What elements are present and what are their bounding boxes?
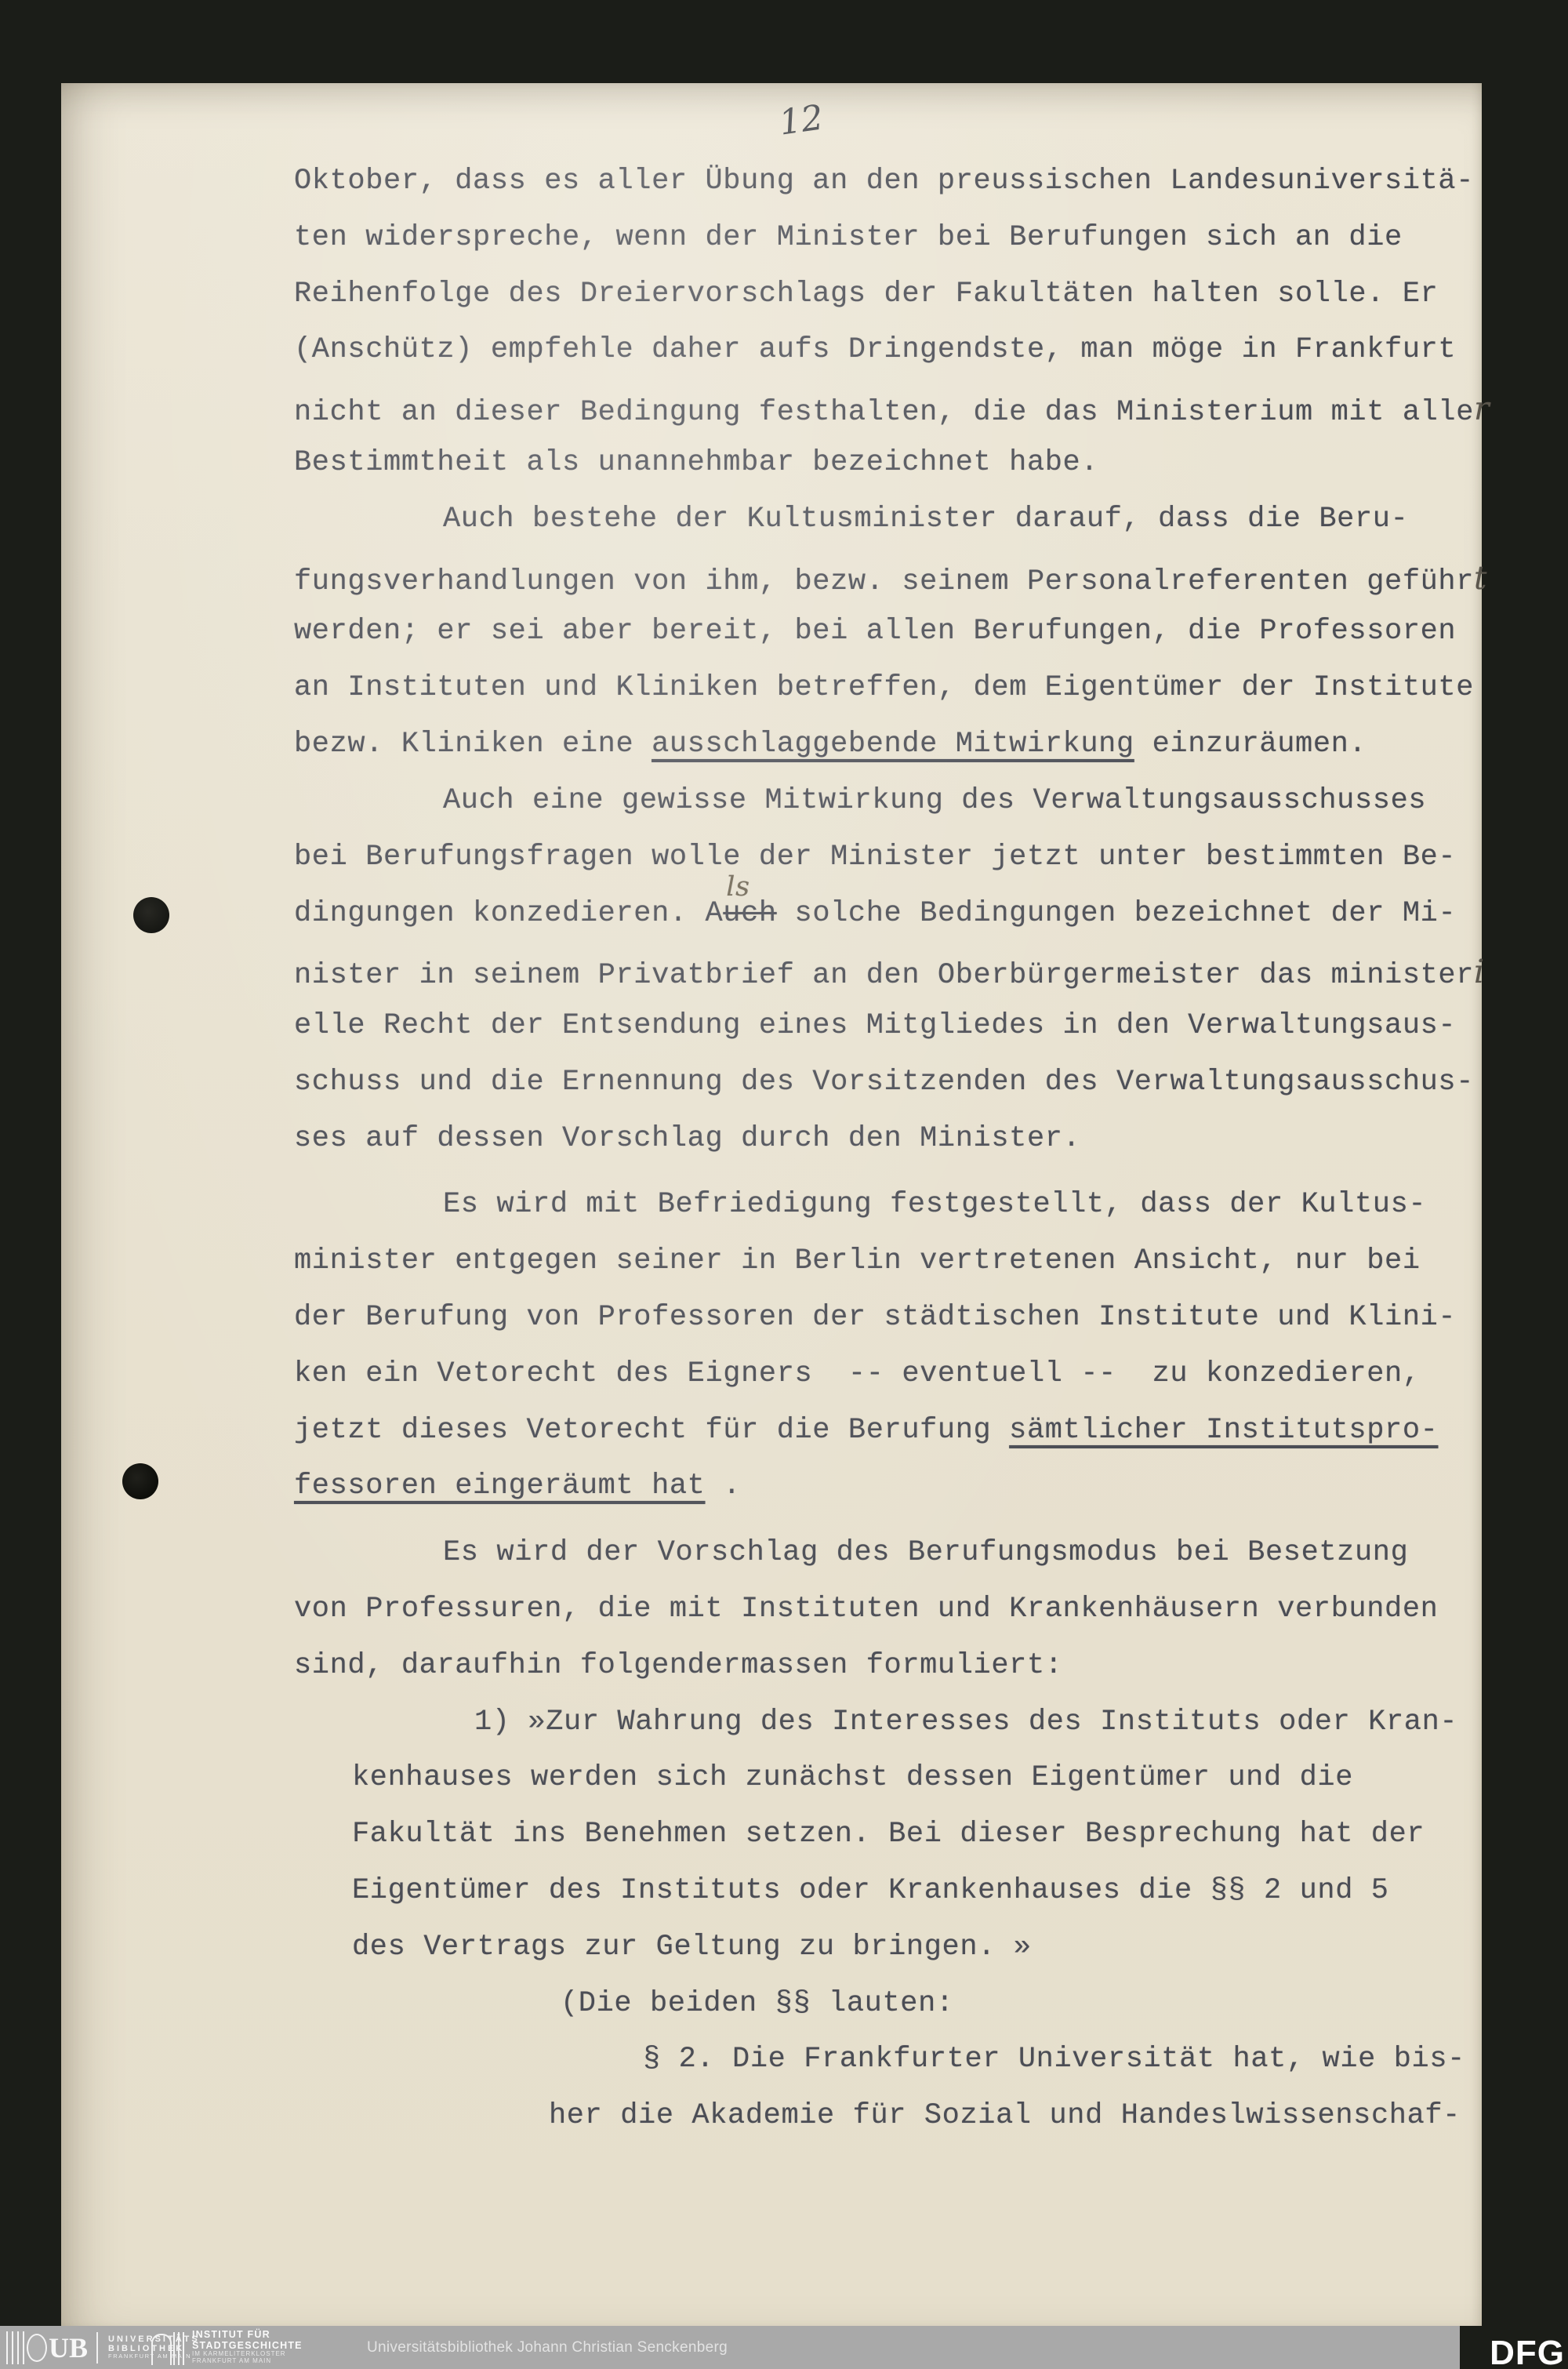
text-segment: . [705, 1470, 741, 1502]
typed-line: bezw. Kliniken eine ausschlaggebende Mit… [61, 728, 1482, 784]
arch-stripes [173, 2332, 186, 2365]
text-segment: ten widerspreche, wenn der Minister bei … [294, 221, 1403, 254]
typed-line: Bestimmtheit als unannehmbar bezeichnet … [61, 446, 1482, 503]
typed-line: kenhauses werden sich zunächst dessen Ei… [61, 1761, 1482, 1818]
typed-line: Auch eine gewisse Mitwirkung des Verwalt… [61, 784, 1482, 841]
typed-line: der Berufung von Professoren der städtis… [61, 1301, 1482, 1357]
typed-line: (Die beiden §§ lauten: [61, 1987, 1482, 2044]
typed-line: von Professuren, die mit Instituten und … [61, 1593, 1482, 1649]
typed-line: Fakultät ins Benehmen setzen. Bei dieser… [61, 1818, 1482, 1874]
typed-line: jetzt dieses Vetorecht für die Berufung … [61, 1414, 1482, 1470]
typed-line: ten widerspreche, wenn der Minister bei … [61, 221, 1482, 278]
dfg-logo: DFG [1460, 2326, 1568, 2369]
text-segment: dingungen konzedieren. A [294, 897, 723, 930]
text-segment: nister in seinem Privatbrief an den Ober… [294, 959, 1474, 992]
typed-line: des Vertrags zur Geltung zu bringen. » [61, 1931, 1482, 1987]
text-segment: elle Recht der Entsendung eines Mitglied… [294, 1009, 1456, 1042]
text-segment: bezw. Kliniken eine [294, 728, 652, 761]
typed-line: § 2. Die Frankfurter Universität hat, wi… [61, 2043, 1482, 2099]
text-segment: Reihenfolge des Dreiervorschlags der Fak… [294, 278, 1438, 311]
ifs-line-2: STADTGESCHICHTE [192, 2341, 303, 2352]
ub-abbr: UB [49, 2334, 88, 2362]
text-segment: Auch bestehe der Kultusminister darauf, … [443, 503, 1408, 536]
typed-line: Auch bestehe der Kultusminister darauf, … [61, 503, 1482, 559]
text-segment: Fakultät ins Benehmen setzen. Bei dieser… [352, 1818, 1425, 1851]
goethe-portrait-icon [27, 2334, 47, 2362]
library-credit: Universitätsbibliothek Johann Christian … [367, 2326, 728, 2369]
page-number: 12 [777, 97, 826, 143]
typed-line: ken ein Vetorecht des Eigners -- eventue… [61, 1357, 1482, 1414]
text-segment: solche Bedingungen bezeichnet der Mi- [777, 897, 1457, 930]
text-segment: werden; er sei aber bereit, bei allen Be… [294, 615, 1456, 648]
typed-line: sind, daraufhin folgendermassen formulie… [61, 1649, 1482, 1706]
arch-outline [151, 2334, 172, 2365]
typed-line: 1) »Zur Wahrung des Interesses des Insti… [61, 1706, 1482, 1762]
footer-bar: UB UNIVERSITÄTS BIBLIOTHEK FRANKFURT AM … [0, 2326, 1460, 2369]
text-segment: ses auf dessen Vorschlag durch den Minis… [294, 1122, 1080, 1155]
ifs-logo-text: INSTITUT FÜR STADTGESCHICHTE IM KARMELIT… [192, 2330, 303, 2364]
text-segment: jetzt dieses Vetorecht für die Berufung [294, 1414, 1009, 1447]
ifs-line-4: FRANKFURT AM MAIN [192, 2358, 303, 2365]
punch-hole [122, 1463, 158, 1499]
typed-line: Es wird der Vorschlag des Berufungsmodus… [61, 1536, 1482, 1593]
typed-lines: Oktober, dass es aller Übung an den preu… [61, 165, 1482, 2156]
scanned-page: 12 Oktober, dass es aller Übung an den p… [61, 83, 1482, 2326]
text-segment: der Berufung von Professoren der städtis… [294, 1301, 1456, 1334]
text-segment: Es wird mit Befriedigung festgestellt, d… [443, 1188, 1426, 1221]
typed-line: schuss und die Ernennung des Vorsitzende… [61, 1066, 1482, 1122]
credit-text: Universitätsbibliothek Johann Christian … [367, 2339, 728, 2356]
typed-line: werden; er sei aber bereit, bei allen Be… [61, 615, 1482, 671]
divider [96, 2332, 98, 2364]
typed-line: nister in seinem Privatbrief an den Ober… [61, 953, 1482, 1009]
scan-background: { "page": { "number": "12", "background_… [0, 0, 1568, 2369]
typed-line: dingungen konzedieren. Alsuch solche Bed… [61, 896, 1482, 953]
typed-line: Reihenfolge des Dreiervorschlags der Fak… [61, 278, 1482, 334]
karmeliter-arch-icon [151, 2331, 186, 2365]
typed-line: bei Berufungsfragen wolle der Minister j… [61, 841, 1482, 897]
text-segment: an Instituten und Kliniken betreffen, de… [294, 671, 1474, 704]
text-segment: des Vertrags zur Geltung zu bringen. » [352, 1931, 1032, 1964]
ub-stripes-icon [6, 2331, 27, 2364]
text-segment: Eigentümer des Instituts oder Krankenhau… [352, 1874, 1389, 1907]
text-segment: von Professuren, die mit Instituten und … [294, 1593, 1438, 1626]
punch-hole [133, 897, 169, 933]
typed-line: Es wird mit Befriedigung festgestellt, d… [61, 1188, 1482, 1244]
underline-segment: ausschlaggebende Mitwirkung [652, 728, 1134, 761]
text-segment: kenhauses werden sich zunächst dessen Ei… [352, 1761, 1353, 1794]
text-segment: Auch eine gewisse Mitwirkung des Verwalt… [443, 784, 1426, 817]
underline-segment: fessoren eingeräumt hat [294, 1470, 705, 1502]
typed-line: elle Recht der Entsendung eines Mitglied… [61, 1009, 1482, 1066]
typed-line: Eigentümer des Instituts oder Krankenhau… [61, 1874, 1482, 1931]
hand-segment: i [1474, 953, 1485, 990]
text-segment: (Die beiden §§ lauten: [561, 1987, 954, 2020]
text-segment: her die Akademie für Sozial und Handeslw… [549, 2099, 1461, 2132]
hand-segment: r [1474, 390, 1490, 427]
typed-line: Oktober, dass es aller Übung an den preu… [61, 165, 1482, 221]
text-segment: Oktober, dass es aller Übung an den preu… [294, 165, 1474, 198]
underline-segment: sämtlicher Institutspro- [1009, 1414, 1438, 1447]
text-segment: sind, daraufhin folgendermassen formulie… [294, 1649, 1063, 1682]
text-segment: bei Berufungsfragen wolle der Minister j… [294, 841, 1456, 874]
typed-line: minister entgegen seiner in Berlin vertr… [61, 1244, 1482, 1301]
typed-line: (Anschütz) empfehle daher aufs Dringends… [61, 333, 1482, 390]
typed-line: ses auf dessen Vorschlag durch den Minis… [61, 1122, 1482, 1179]
text-segment: einzuräumen. [1134, 728, 1367, 761]
hand-segment: t [1474, 559, 1487, 597]
text-segment: (Anschütz) empfehle daher aufs Dringends… [294, 333, 1456, 366]
dfg-wordmark: DFG [1490, 2338, 1565, 2369]
typed-line: her die Akademie für Sozial und Handeslw… [61, 2099, 1482, 2156]
text-segment: schuss und die Ernennung des Vorsitzende… [294, 1066, 1474, 1099]
text-segment: nicht an dieser Bedingung festhalten, di… [294, 396, 1474, 429]
text-segment: fungsverhandlungen von ihm, bezw. seinem… [294, 565, 1474, 598]
typed-line: nicht an dieser Bedingung festhalten, di… [61, 390, 1482, 446]
text-segment: 1) »Zur Wahrung des Interesses des Insti… [474, 1706, 1457, 1739]
ifs-line-1: INSTITUT FÜR [192, 2330, 303, 2341]
text-segment: minister entgegen seiner in Berlin vertr… [294, 1244, 1421, 1277]
typed-line: fessoren eingeräumt hat . [61, 1470, 1482, 1526]
text-segment: Bestimmtheit als unannehmbar bezeichnet … [294, 446, 1098, 479]
text-segment: § 2. Die Frankfurter Universität hat, wi… [643, 2043, 1465, 2076]
text-segment: ken ein Vetorecht des Eigners -- eventue… [294, 1357, 1421, 1390]
text-segment: Es wird der Vorschlag des Berufungsmodus… [443, 1536, 1408, 1569]
typed-line: an Instituten und Kliniken betreffen, de… [61, 671, 1482, 728]
institut-stadtgeschichte-logo: INSTITUT FÜR STADTGESCHICHTE IM KARMELIT… [151, 2326, 303, 2369]
typed-line: fungsverhandlungen von ihm, bezw. seinem… [61, 559, 1482, 616]
